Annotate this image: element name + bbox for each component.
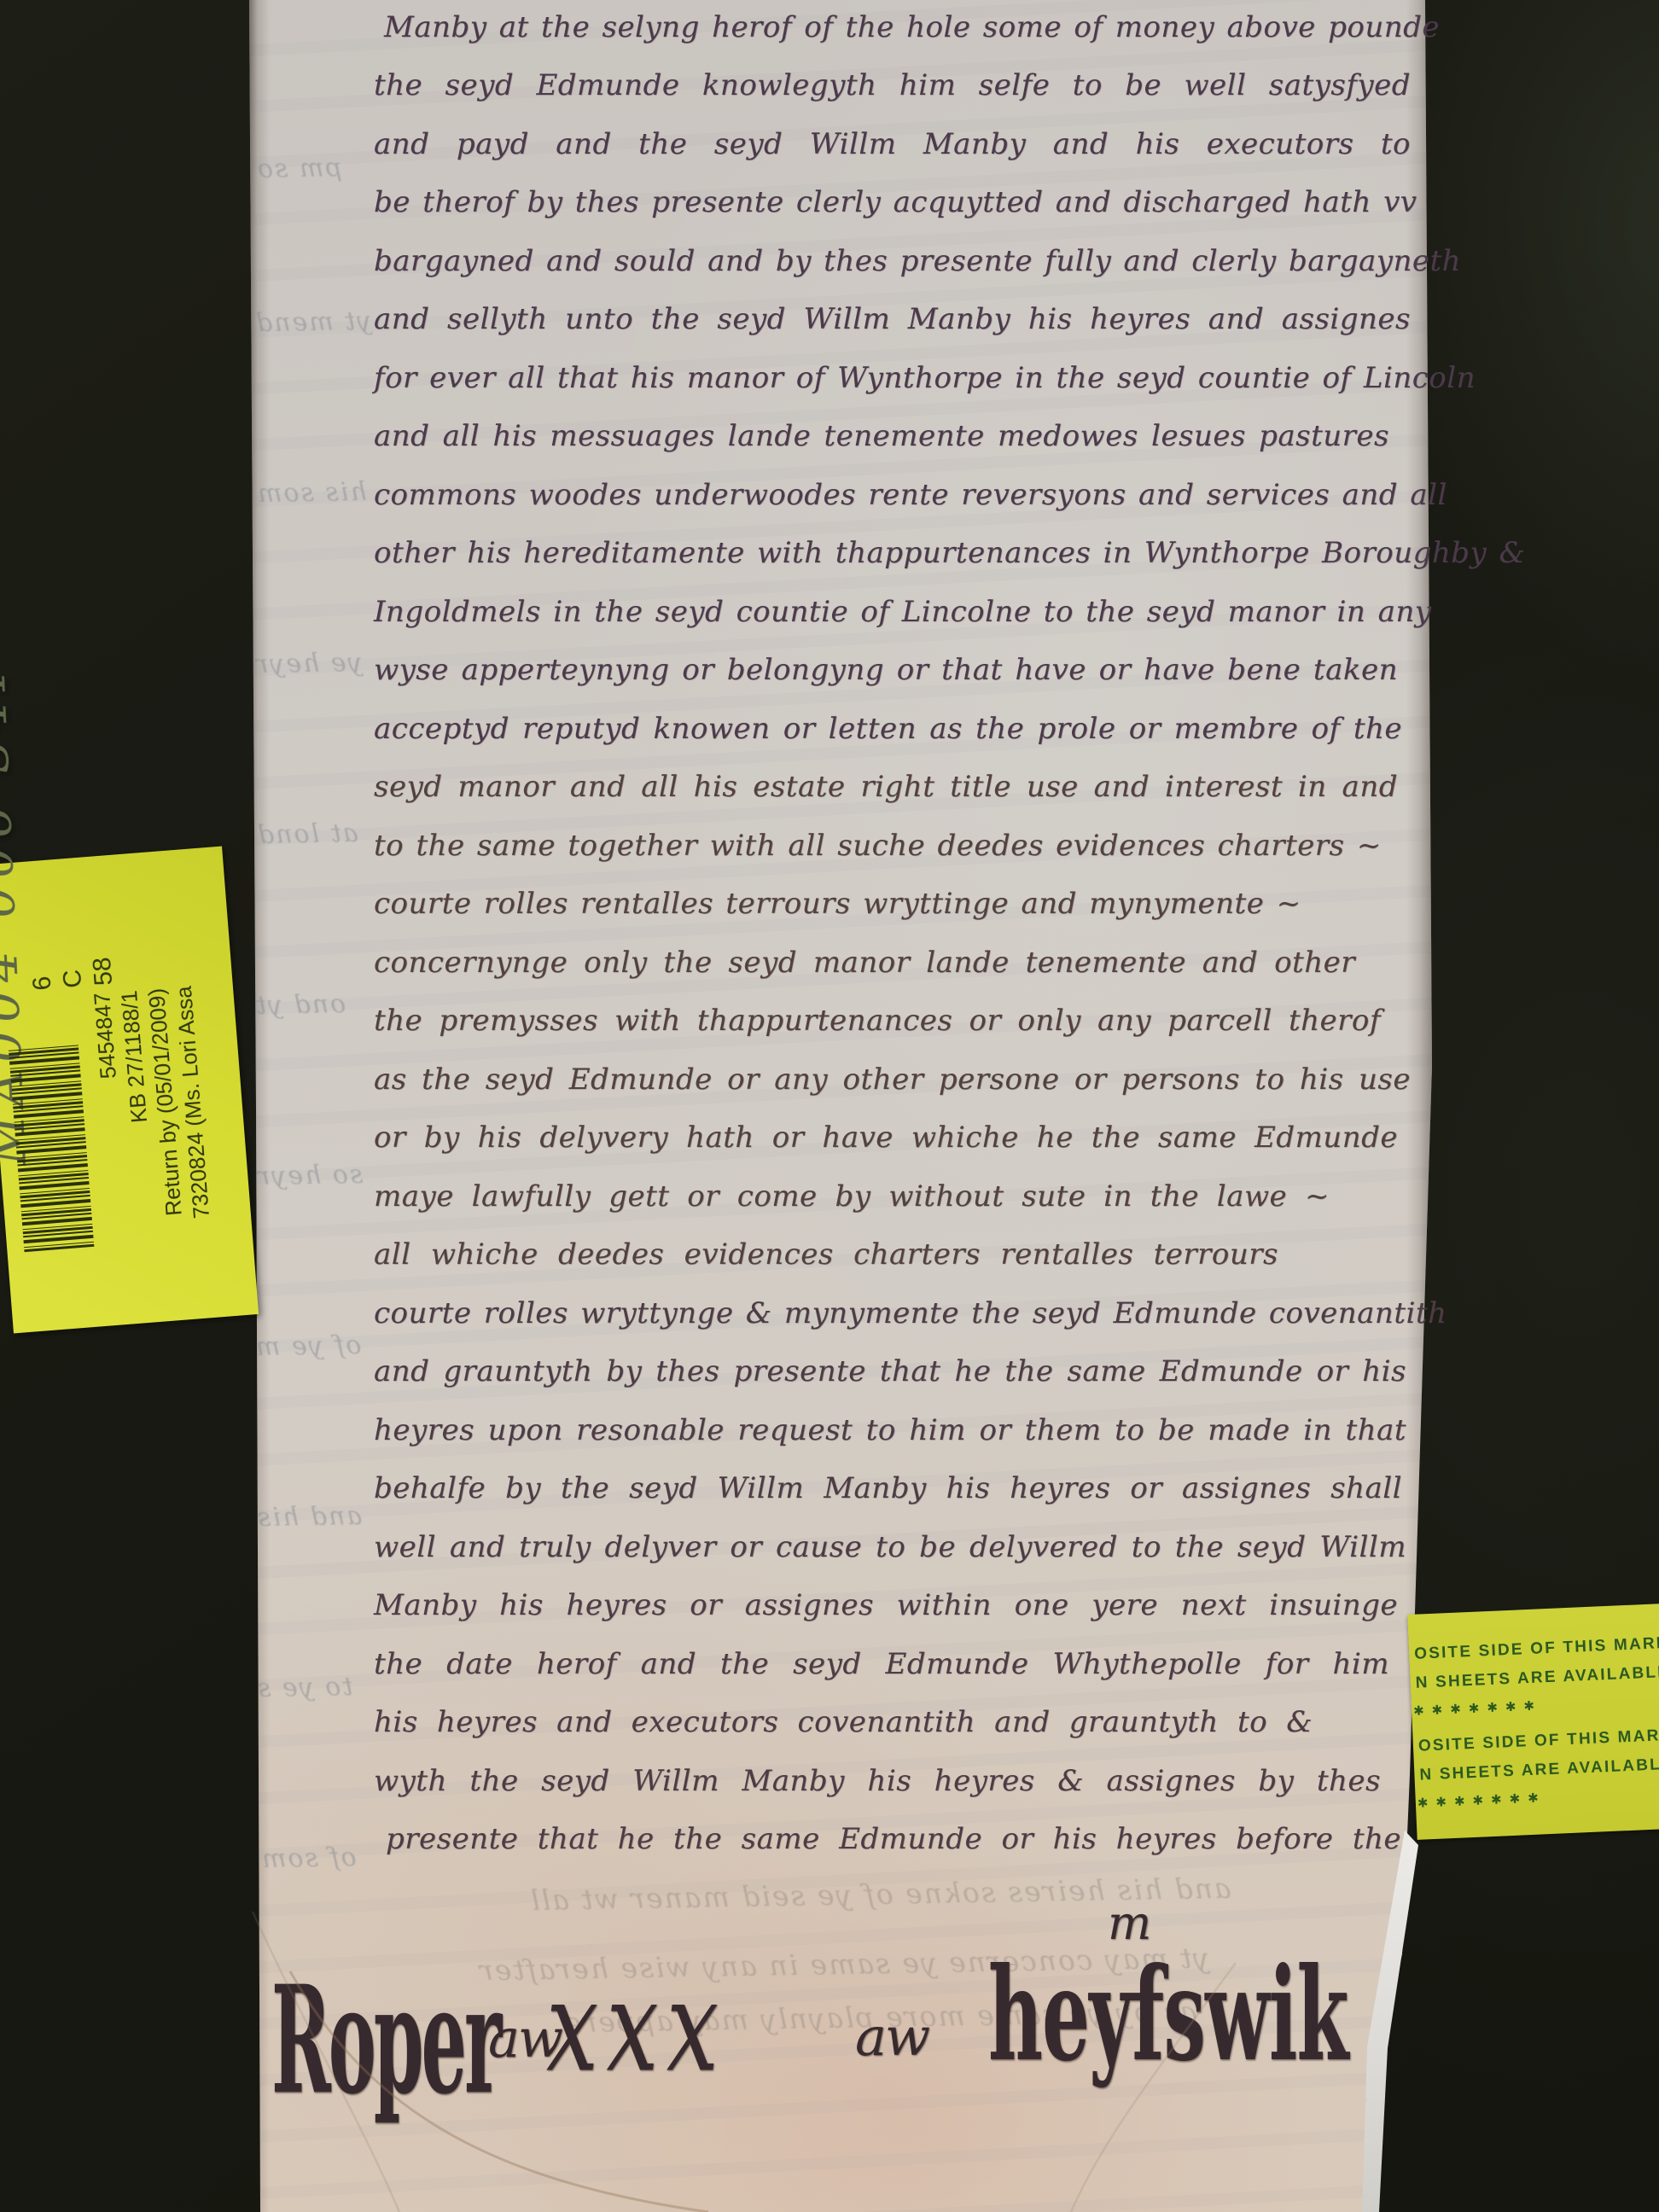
signature-name: Roper <box>271 1954 499 2128</box>
manuscript-line: acceptyd reputyd knowen or letten as the… <box>374 712 1402 770</box>
manuscript-line: or by his delyvery hath or have whiche h… <box>374 1121 1398 1179</box>
marker-text-block: OSITE SIDE OF THIS MARKER N SHEETS ARE A… <box>1417 1721 1659 1818</box>
manuscript-line: and payd and the seyd Willm Manby and hi… <box>374 127 1411 185</box>
signature-superscript: m <box>1108 1896 1151 1950</box>
signature-numeral: xxx <box>546 1953 726 2100</box>
manuscript-line: presente that he the same Edmunde or his… <box>386 1822 1401 1880</box>
manuscript-line: seyd manor and all his estate right titl… <box>374 770 1398 828</box>
marker-strip: OSITE SIDE OF THIS MARKER N SHEETS ARE A… <box>1407 1604 1659 1840</box>
label-shelfmark: 6 C 58 <box>24 934 119 992</box>
manuscript-line: the date herof and the seyd Edmunde Whyt… <box>374 1647 1389 1705</box>
showthrough-fragment: ye heyr <box>254 648 363 679</box>
barcode <box>9 1042 95 1252</box>
archive-label: MA004 006 S4F 6 C 58 5454847 KB 27/1188/… <box>0 847 259 1334</box>
manuscript-line: Manby at the selyng herof of the hole so… <box>384 10 1404 68</box>
manuscript-line: the seyd Edmunde knowlegyth him selfe to… <box>374 68 1411 126</box>
manuscript-line: well and truly delyver or cause to be de… <box>374 1530 1406 1588</box>
manuscript-line: and sellyth unto the seyd Willm Manby hi… <box>374 302 1411 360</box>
manuscript-line: to the same together with all suche deed… <box>374 829 1364 887</box>
manuscript-line: the premysses with thappurtenances or on… <box>374 1004 1381 1062</box>
shelfmark-row: 58 <box>85 934 120 987</box>
label-reference-lines: 5454847 KB 27/1188/1 Return by (05/01/20… <box>88 985 220 1291</box>
showthrough-fragment: and his <box>256 1501 363 1533</box>
signature-surname: heyfswik <box>988 1939 1348 2090</box>
manuscript-line: Ingoldmels in the seyd countie of Lincol… <box>374 595 1411 653</box>
manuscript-line: wyse apperteynyng or belongyng or that h… <box>374 653 1398 711</box>
manuscript-line: courte rolles rentalles terrours wryttin… <box>374 887 1253 945</box>
archive-label-face: MA004 006 S4F 6 C 58 5454847 KB 27/1188/… <box>0 847 259 1334</box>
manuscript-line: courte rolles wryttynge & mynymente the … <box>374 1296 1411 1354</box>
manuscript-line: commons woodes underwoodes rente reversy… <box>374 478 1411 536</box>
showthrough-fragment: ond yt <box>254 989 346 1021</box>
shelfmark-row: C <box>55 935 90 989</box>
showthrough-fragment: of ye m <box>254 1330 362 1362</box>
manuscript-line: as the seyd Edmunde or any other persone… <box>374 1062 1411 1121</box>
manuscript-line: heyres upon resonable request to him or … <box>374 1413 1406 1471</box>
manuscript-line: his heyres and executors covenantith and… <box>374 1705 1313 1763</box>
manuscript-line: and grauntyth by thes presente that he t… <box>374 1354 1406 1412</box>
showthrough-fragment: so heyr <box>256 1160 364 1191</box>
shelfmark-row: 6 <box>24 938 59 992</box>
manuscript-line: be therof by thes presente clerly acquyt… <box>374 185 1411 243</box>
marker-text-block: OSITE SIDE OF THIS MARKER N SHEETS ARE A… <box>1414 1629 1659 1726</box>
manuscript-line: concernynge only the seyd manor lande te… <box>374 946 1355 1004</box>
showthrough-fragment: of som <box>260 1842 357 1874</box>
manuscript-line: for ever all that his manor of Wynthorpe… <box>374 361 1415 419</box>
showthrough-fragment: to ye s <box>256 1672 353 1703</box>
showthrough-fragment: at lond <box>256 818 358 850</box>
manuscript-line: Manby his heyres or assignes within one … <box>374 1588 1398 1646</box>
manuscript-line: bargayned and sould and by thes presente… <box>374 244 1411 302</box>
manuscript-line: all whiche deedes evidences charters ren… <box>374 1237 1278 1295</box>
manuscript-line: behalfe by the seyd Willm Manby his heyr… <box>374 1471 1402 1529</box>
manuscript-line: maye lawfully gett or come by without su… <box>374 1179 1330 1237</box>
signature-flourish: aw <box>855 2005 928 2068</box>
showthrough-fragment: his som <box>256 477 367 509</box>
manuscript-line: and all his messuages lande tenemente me… <box>374 419 1389 477</box>
manuscript-line: wyth the seyd Willm Manby his heyres & a… <box>374 1764 1381 1822</box>
showthrough-fragment: yt mend <box>254 306 372 338</box>
manuscript-line: other his hereditamente with thappurtena… <box>374 536 1415 594</box>
showthrough-fragment: pm so <box>256 153 342 184</box>
